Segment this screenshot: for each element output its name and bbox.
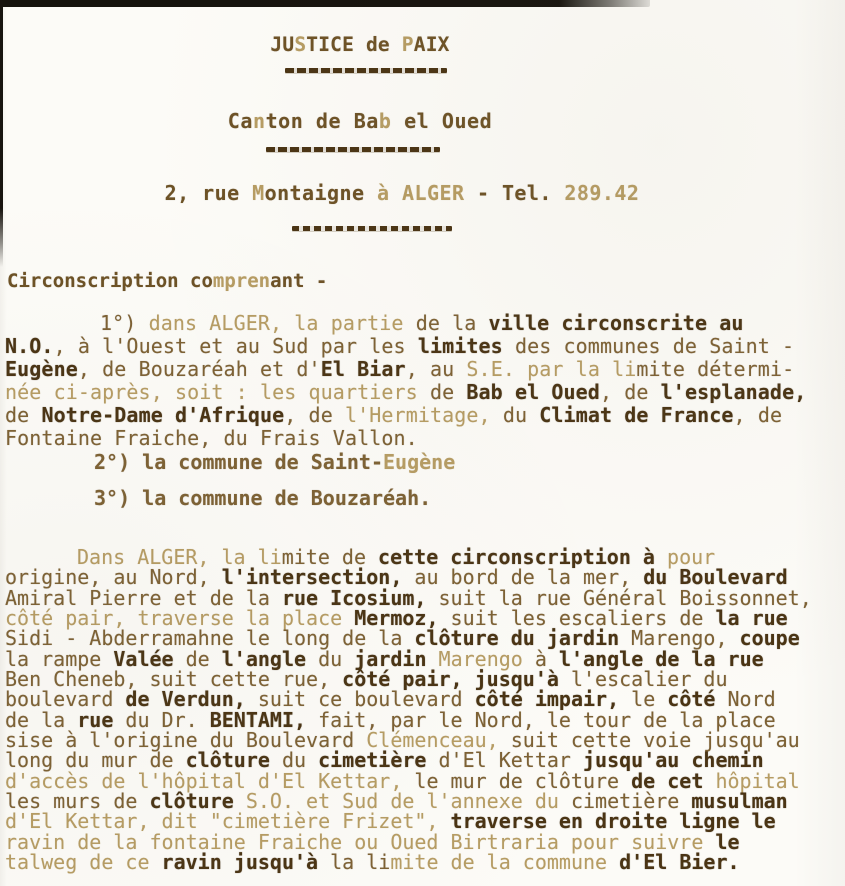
text-line: Amiral Pierre et de la rue Icosium, suit… xyxy=(5,588,812,608)
text-segment: , de xyxy=(600,380,661,404)
text-segment: Bab el Oued xyxy=(466,380,600,404)
text-segment: co xyxy=(190,270,213,292)
text-segment: née ci-après, soit : les quartiers xyxy=(5,380,418,404)
text-segment: des communes de Saint - xyxy=(503,334,794,358)
text-segment: ontaigne xyxy=(265,181,377,205)
text-segment: à xyxy=(377,181,390,205)
title-rule xyxy=(285,68,447,73)
text-segment: , au xyxy=(406,357,467,381)
text-segment: dans ALGER, la partie xyxy=(149,311,404,335)
scan-artifact-top-edge xyxy=(0,0,650,7)
text-line: 3°) la commune de Bouzaréah. xyxy=(94,486,431,510)
text-segment: b xyxy=(379,109,392,133)
text-segment: 3°) la commune de Bouzaréah. xyxy=(94,486,431,510)
text-line: née ci-après, soit : les quartiers de Ba… xyxy=(5,381,806,404)
document-title: JUSTICE de PAIX xyxy=(0,33,720,56)
text-line: de Notre-Dame d'Afrique, de l'Hermitage,… xyxy=(5,404,806,427)
text-segment: 1°) xyxy=(100,311,149,335)
text-segment: JU xyxy=(270,33,294,56)
text-line: les murs de clôture S.O. et Sud de l'ann… xyxy=(5,791,812,811)
text-line: long du mur de clôture du cimetière d'El… xyxy=(5,750,812,770)
text-segment: el Oued xyxy=(391,109,492,133)
text-segment: TICE de xyxy=(306,33,402,56)
text-segment xyxy=(390,181,403,205)
text-line: Sidi - Abderramahne le long de la clôtur… xyxy=(5,628,812,648)
subtitle-rule xyxy=(266,147,440,152)
text-segment: P xyxy=(402,33,414,56)
text-line: N.O., à l'Ouest et au Sud par les limite… xyxy=(5,335,806,358)
scan-artifact-left-edge xyxy=(0,0,3,267)
paragraph-boundary-description: Dans ALGER, la limite de cette circonscr… xyxy=(5,547,812,873)
text-line: de la rue du Dr. BENTAMI, fait, par le N… xyxy=(5,710,812,730)
text-segment: S xyxy=(294,33,306,56)
text-segment: 2°) la commune de Saint- xyxy=(94,450,383,474)
text-line: 1°) dans ALGER, la partie de la ville ci… xyxy=(5,312,806,335)
text-segment: n xyxy=(253,109,266,133)
text-line: Fontaine Fraiche, du Frais Vallon. xyxy=(5,427,806,450)
list-item-commune-3: 3°) la commune de Bouzaréah. xyxy=(94,486,431,510)
text-line: boulevard de Verdun, suit ce boulevard c… xyxy=(5,689,812,709)
text-line: Circonscription comprenant - xyxy=(7,270,327,292)
text-segment: El Biar xyxy=(321,357,406,381)
text-segment: , de Bouzaréah et d' xyxy=(78,357,321,381)
text-segment: la li xyxy=(318,850,390,874)
text-segment: Circonscription xyxy=(7,270,190,292)
text-line: ravin de la fontaine Fraiche ou Oued Bir… xyxy=(5,832,812,852)
text-segment: , de xyxy=(734,403,783,427)
list-item-commune-2: 2°) la commune de Saint-Eugène xyxy=(94,450,455,474)
text-line: 2, rue Montaigne à ALGER - Tel. 289.42 xyxy=(0,181,804,205)
text-segment: ravin jusqu'à xyxy=(162,850,319,874)
text-segment: Climat de France xyxy=(539,403,733,427)
text-segment: 2, rue xyxy=(165,181,252,205)
text-segment: l'esplanade, xyxy=(661,380,807,404)
intro-line: Circonscription comprenant - xyxy=(7,270,327,292)
text-segment: Fontaine Fraiche, du Frais Vallon. xyxy=(5,426,418,450)
text-segment: , à l'Ouest et au Sud par les xyxy=(54,334,418,358)
text-segment: , de xyxy=(284,403,345,427)
text-segment: 289.42 xyxy=(564,181,639,205)
text-segment: de la xyxy=(404,311,489,335)
text-segment: ant - xyxy=(270,270,327,292)
text-segment: mite de la commune xyxy=(390,850,619,874)
text-line: talweg de ce ravin jusqu'à la limite de … xyxy=(5,852,812,872)
text-line: Canton de Bab el Oued xyxy=(0,109,720,133)
text-line: Eugène, de Bouzaréah et d'El Biar, au S.… xyxy=(5,358,806,381)
text-segment: ville circonscrite au xyxy=(489,311,744,335)
text-segment: AIX xyxy=(414,33,450,56)
text-segment: N.O. xyxy=(5,334,54,358)
text-segment: d'El Bier. xyxy=(619,850,739,874)
address-line: 2, rue Montaigne à ALGER - Tel. 289.42 xyxy=(0,181,804,205)
text-line: sise à l'origine du Boulevard Clémenceau… xyxy=(5,730,812,750)
text-segment: mpren xyxy=(213,270,270,292)
text-segment: ton de Ba xyxy=(266,109,379,133)
paragraph-circumscription: 1°) dans ALGER, la partie de la ville ci… xyxy=(5,312,806,450)
text-line: d'accès de l'hôpital d'El Kettar, le mur… xyxy=(5,771,812,791)
text-segment: Eugène xyxy=(5,357,78,381)
text-segment: - Tel. xyxy=(464,181,564,205)
text-line: d'El Kettar, dit "cimetière Frizet", tra… xyxy=(5,811,812,831)
text-line: Dans ALGER, la limite de cette circonscr… xyxy=(5,547,812,567)
text-segment: du xyxy=(491,403,540,427)
text-segment: ALGER xyxy=(402,181,464,205)
text-segment: Ca xyxy=(228,109,253,133)
text-segment: S.E. par la li xyxy=(466,357,636,381)
text-segment: talweg de ce xyxy=(5,850,162,874)
text-line: 2°) la commune de Saint-Eugène xyxy=(94,450,455,474)
document-subtitle: Canton de Bab el Oued xyxy=(0,109,720,133)
text-line: Ben Cheneb, suit cette rue, côté pair, j… xyxy=(5,669,812,689)
text-segment: mite détermi- xyxy=(636,357,794,381)
text-segment: l'Hermitage, xyxy=(345,403,491,427)
text-segment: Eugène xyxy=(383,450,455,474)
text-segment: M xyxy=(252,181,265,205)
address-rule xyxy=(292,226,452,231)
text-segment: limites xyxy=(418,334,503,358)
text-segment: de xyxy=(418,380,467,404)
scanned-document-page: JUSTICE de PAIX Canton de Bab el Oued 2,… xyxy=(0,0,845,886)
text-line: JUSTICE de PAIX xyxy=(0,33,720,56)
text-line: la rampe Valée de l'angle du jardin Mare… xyxy=(5,649,812,669)
text-segment: de xyxy=(5,403,41,427)
text-segment: Notre-Dame d'Afrique xyxy=(41,403,284,427)
text-line: origine, au Nord, l'intersection, au bor… xyxy=(5,567,812,587)
text-line: côté pair, traverse la place Mermoz, sui… xyxy=(5,608,812,628)
